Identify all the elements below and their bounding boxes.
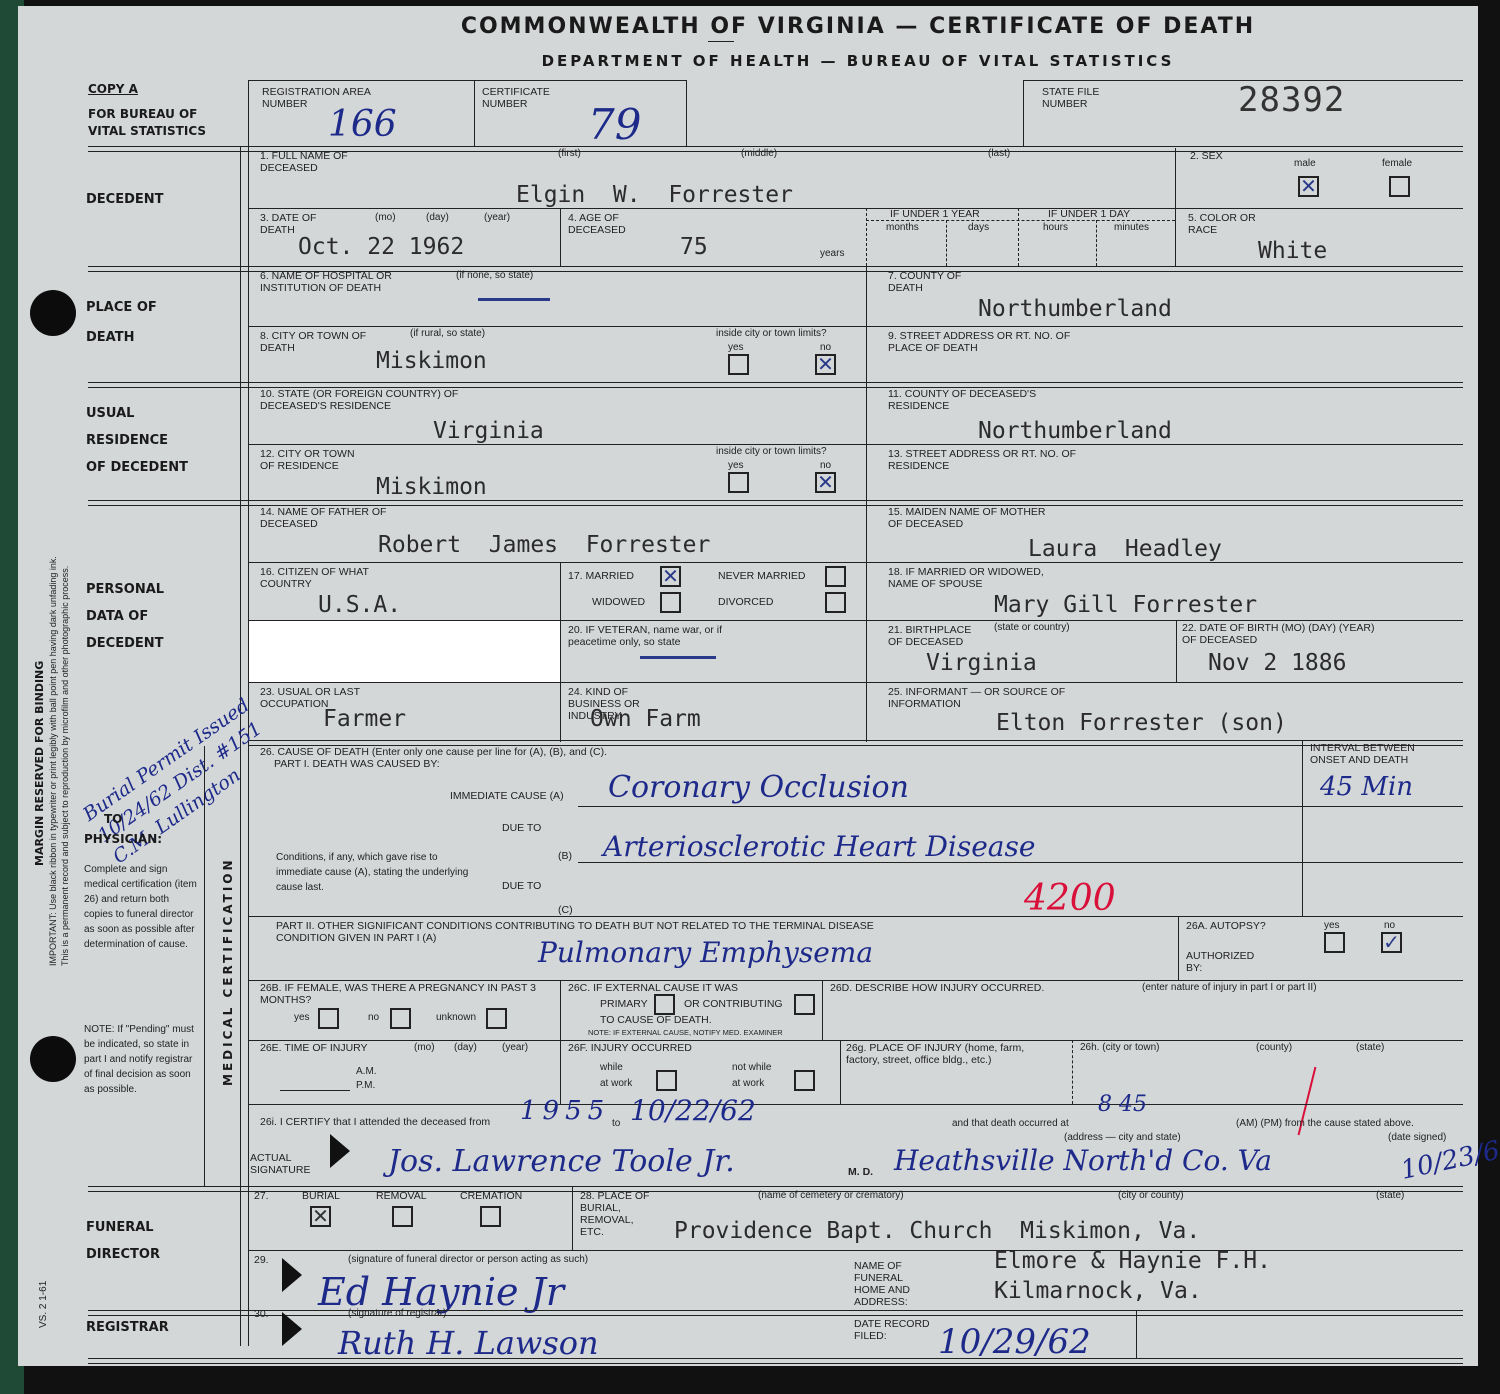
yes-label: yes [728, 342, 744, 353]
burial-checkbox[interactable]: ✕ [310, 1206, 331, 1227]
age-label: 4. AGE OF DECEASED [568, 212, 678, 236]
county-of-death-label: 7. COUNTY OF DEATH [888, 270, 988, 294]
never-married-label: NEVER MARRIED [718, 570, 806, 582]
section-usual-residence-3: OF DECEDENT [86, 454, 188, 481]
signature-arrow-icon [330, 1134, 350, 1168]
business-value[interactable]: Own Farm [590, 706, 701, 732]
race-value[interactable]: White [1258, 238, 1327, 264]
birthplace-value[interactable]: Virginia [926, 650, 1037, 676]
sex-male-label: male [1294, 158, 1316, 169]
conditions-note: Conditions, if any, which gave rise to i… [276, 850, 476, 895]
section-usual-residence: USUAL [86, 400, 134, 427]
autopsy-no-checkbox[interactable]: ✓ [1381, 932, 1402, 953]
inside-limits-label-2: inside city or town limits? [716, 446, 827, 457]
age-value[interactable]: 75 [680, 234, 708, 260]
pregnancy-no-checkbox[interactable] [390, 1008, 411, 1029]
autopsy-label: 26a. AUTOPSY? [1186, 920, 1266, 932]
street-residence-label: 13. STREET ADDRESS OR RT. NO. OF RESIDEN… [888, 448, 1088, 472]
middle-hint: (middle) [741, 148, 777, 159]
address-hint: (address — city and state) [1064, 1132, 1181, 1143]
registration-value: 166 [328, 104, 397, 145]
rule [248, 1250, 1463, 1251]
removal-label: REMOVAL [376, 1190, 427, 1202]
primary-checkbox[interactable] [654, 994, 675, 1015]
rule [248, 916, 1463, 917]
registrar-signature-hint: (signature of registrar) [348, 1308, 446, 1319]
birth-date-value[interactable]: Nov 2 1886 [1208, 650, 1346, 676]
cremation-checkbox[interactable] [480, 1206, 501, 1227]
death-certificate: COMMONWEALTH OF VIRGINIA — CERTIFICATE O… [18, 6, 1478, 1366]
rule [866, 208, 867, 266]
autopsy-authorized-label: AUTHORIZED BY: [1186, 950, 1246, 974]
rule [1018, 208, 1019, 266]
margin-important-1: IMPORTANT: Use black ribbon in typewrite… [48, 556, 58, 966]
pregnancy-unknown-label: unknown [436, 1012, 476, 1023]
rule [840, 1040, 841, 1104]
first-hint: (first) [558, 148, 581, 159]
spouse-label: 18. IF MARRIED OR WIDOWED, NAME OF SPOUS… [888, 566, 1068, 590]
title-mark [708, 41, 734, 42]
state-residence-value[interactable]: Virginia [433, 418, 544, 444]
rule [686, 80, 687, 146]
father-value[interactable]: Robert James Forrester [378, 532, 710, 558]
margin-important-2: This is a permanent record and subject t… [60, 566, 70, 966]
rule [248, 980, 1463, 981]
widowed-checkbox[interactable] [660, 592, 681, 613]
sex-female-checkbox[interactable] [1389, 176, 1410, 197]
year-hint: (year) [484, 212, 510, 223]
field-27-number: 27. [254, 1190, 269, 1202]
state-country-hint: (state or country) [994, 622, 1070, 633]
rural-hint: (if rural, so state) [410, 328, 485, 339]
field-1-label: 1. FULL NAME OF DECEASED [260, 150, 380, 174]
rule [560, 562, 561, 742]
funeral-home-line1[interactable]: Elmore & Haynie F.H. [994, 1248, 1271, 1274]
rule [578, 806, 1303, 807]
certify-label: 26i. I CERTIFY that I attended the decea… [260, 1116, 490, 1128]
section-place-of-death: PLACE OF [86, 294, 157, 321]
rule [248, 80, 249, 146]
physician-label: PHYSICIAN: [84, 826, 162, 853]
pregnancy-unknown-checkbox[interactable] [486, 1008, 507, 1029]
hospital-hint: (if none, so state) [456, 270, 533, 281]
certificate-number-value: 79 [588, 100, 641, 149]
rule [1072, 1040, 1073, 1104]
city-county-hint: (city or county) [1118, 1190, 1184, 1201]
occupation-value[interactable]: Farmer [323, 706, 406, 732]
rule [248, 326, 1463, 327]
immediate-cause-label: IMMEDIATE CAUSE (A) [450, 790, 564, 802]
pregnancy-no-label: no [368, 1012, 379, 1023]
at-work-label: at work [600, 1078, 632, 1089]
spouse-value[interactable]: Mary Gill Forrester [994, 592, 1257, 618]
state-file-value: 28392 [1238, 80, 1345, 120]
physician-instructions: Complete and sign medical certification … [84, 862, 199, 952]
certificate-subtitle: DEPARTMENT OF HEALTH — BUREAU OF VITAL S… [458, 52, 1258, 70]
time-of-injury-label: 26e. TIME OF INJURY [260, 1042, 368, 1054]
while-label: while [600, 1062, 623, 1073]
yes-label-2: yes [728, 460, 744, 471]
section-usual-residence-2: RESIDENCE [86, 427, 168, 454]
rule [1023, 80, 1024, 146]
rule [1178, 916, 1179, 980]
copy-a-label: COPY A [88, 82, 138, 96]
rule [1302, 806, 1463, 807]
section-funeral: FUNERAL [86, 1214, 154, 1241]
last-hint: (last) [988, 148, 1010, 159]
margin-reserved-label: MARGIN RESERVED FOR BINDING [34, 661, 46, 866]
date-filed-label: DATE RECORD FILED: [854, 1318, 934, 1342]
not-while-at-work-checkbox[interactable] [794, 1070, 815, 1091]
section-funeral-2: DIRECTOR [86, 1241, 160, 1268]
days-label: days [968, 222, 989, 233]
injury-mo-hint: (mo) [414, 1042, 435, 1053]
section-place-of-death-2: DEATH [86, 324, 134, 351]
date-of-death-label: 3. DATE OF DEATH [260, 212, 340, 236]
mother-label: 15. MAIDEN NAME OF MOTHER OF DECEASED [888, 506, 1058, 530]
mo-hint: (mo) [375, 212, 396, 223]
city-of-death-value[interactable]: Miskimon [376, 348, 487, 374]
informant-label: 25. INFORMANT — OR SOURCE OF INFORMATION [888, 686, 1078, 710]
residence-inside-limits-no-checkbox[interactable]: ✕ [815, 472, 836, 493]
months-label: months [886, 222, 919, 233]
c-label: (C) [558, 904, 573, 916]
form-number: VS. 2 1-61 [38, 1281, 49, 1328]
signature-arrow-icon [282, 1312, 302, 1346]
copy-vital-label: VITAL STATISTICS [88, 123, 206, 140]
date-of-death-value[interactable]: Oct. 22 1962 [298, 234, 464, 260]
md-label: M. D. [848, 1166, 873, 1178]
state-hint: (state) [1376, 1190, 1404, 1201]
state-file-label: STATE FILE NUMBER [1042, 86, 1132, 110]
registrar-signature[interactable]: Ruth H. Lawson [338, 1324, 599, 1362]
rule [248, 444, 1463, 445]
inside-limits-label: inside city or town limits? [716, 328, 827, 339]
county-residence-value[interactable]: Northumberland [978, 418, 1172, 444]
autopsy-yes-checkbox[interactable] [1324, 932, 1345, 953]
am-label: A.M. [356, 1066, 377, 1077]
removal-checkbox[interactable] [392, 1206, 413, 1227]
autopsy-yes-label: yes [1324, 920, 1340, 931]
divorced-label: DIVORCED [718, 596, 773, 608]
section-personal-data-3: DECEDENT [86, 630, 164, 657]
citizen-value[interactable]: U.S.A. [318, 592, 401, 618]
mother-value[interactable]: Laura Headley [1028, 536, 1222, 562]
rule [474, 80, 475, 146]
rule [1096, 220, 1097, 266]
injury-description-hint: (enter nature of injury in part I or par… [1142, 982, 1317, 993]
sex-label: 2. SEX [1190, 150, 1223, 162]
part1-label: PART I. DEATH WAS CAUSED BY: [274, 758, 440, 770]
attended-to-value[interactable]: 10/22/62 [630, 1094, 756, 1127]
field-29-number: 29. [254, 1254, 269, 1266]
copy-for-label: FOR BUREAU OF [88, 106, 197, 123]
place-of-burial-label: 28. PLACE OF BURIAL, REMOVAL, ETC. [580, 1190, 660, 1238]
check-x-icon: ✕ [312, 1204, 329, 1228]
widowed-label: WIDOWED [592, 596, 645, 608]
redacted-field-19 [249, 621, 560, 682]
check-mark-icon: ✓ [1383, 930, 1400, 954]
funeral-director-signature-hint: (signature of funeral director or person… [348, 1254, 588, 1265]
rule [88, 1358, 1463, 1364]
day-hint: (day) [426, 212, 449, 223]
death-occurred-label: and that death occurred at [952, 1118, 1069, 1129]
pregnancy-yes-checkbox[interactable] [318, 1008, 339, 1029]
to-label-cert: to [612, 1118, 620, 1129]
rule [560, 980, 561, 1040]
not-while-label: not while [732, 1062, 771, 1073]
rule [1302, 740, 1303, 916]
married-label: 17. MARRIED [568, 570, 634, 582]
due-to-label-2: DUE TO [502, 880, 541, 892]
injury-county-label: (county) [1256, 1042, 1292, 1053]
interval-label: INTERVAL BETWEEN ONSET AND DEATH [1310, 742, 1430, 766]
injury-state-label: (state) [1356, 1042, 1384, 1053]
certificate-number-label: CERTIFICATE NUMBER [482, 86, 572, 110]
rule [248, 562, 1463, 563]
married-checkbox[interactable]: ✕ [660, 566, 681, 587]
full-name-value[interactable]: Elgin W. Forrester [516, 182, 793, 208]
actual-signature-label: ACTUAL SIGNATURE [250, 1152, 310, 1176]
rule [560, 208, 561, 266]
minutes-label: minutes [1114, 222, 1149, 233]
to-cause-label: TO CAUSE OF DEATH. [600, 1014, 712, 1026]
check-x-icon: ✕ [1300, 174, 1317, 198]
funeral-home-label: NAME OF FUNERAL HOME AND ADDRESS: [854, 1260, 934, 1308]
birthplace-label: 21. BIRTHPLACE OF DECEASED [888, 624, 988, 648]
primary-label: PRIMARY [600, 998, 648, 1010]
cause-code: 4200 [1024, 878, 1116, 919]
county-residence-label: 11. COUNTY OF DECEASED'S RESIDENCE [888, 388, 1068, 412]
rule [1302, 862, 1463, 863]
rule [1175, 148, 1176, 266]
rule [572, 1186, 573, 1250]
injury-occurred-label: 26f. INJURY OCCURRED [568, 1042, 692, 1054]
underlying-cause-b-value[interactable]: Arteriosclerotic Heart Disease [603, 830, 1035, 863]
rule [578, 862, 1303, 863]
check-x-icon: ✕ [817, 352, 834, 376]
rule [1136, 1310, 1137, 1358]
divorced-checkbox[interactable] [825, 592, 846, 613]
veteran-value-dash [640, 656, 716, 659]
race-label: 5. COLOR OR RACE [1188, 212, 1258, 236]
street-of-death-label: 9. STREET ADDRESS OR RT. NO. OF PLACE OF… [888, 330, 1088, 354]
section-personal-data-2: DATA OF [86, 603, 148, 630]
section-decedent: DECEDENT [86, 186, 164, 213]
injury-year-hint: (year) [502, 1042, 528, 1053]
external-cause-note: NOTE: IF EXTERNAL CAUSE, NOTIFY MED. EXA… [588, 1028, 783, 1037]
veteran-label: 20. IF VETERAN, name war, or if peacetim… [568, 624, 748, 648]
city-residence-value[interactable]: Miskimon [376, 474, 487, 500]
rule [1175, 208, 1463, 209]
city-residence-label: 12. CITY OR TOWN OF RESIDENCE [260, 448, 370, 472]
am-pm-label: (AM) (PM) from the cause stated above. [1236, 1118, 1414, 1129]
place-of-injury-label: 26g. PLACE OF INJURY (home, farm, factor… [846, 1042, 1046, 1066]
cremation-label: CREMATION [460, 1190, 522, 1202]
death-inside-limits-yes-checkbox[interactable] [728, 354, 749, 375]
injury-day-hint: (day) [454, 1042, 477, 1053]
rule [204, 746, 205, 1186]
rule [822, 980, 823, 1040]
pm-label: P.M. [356, 1080, 375, 1091]
death-time-value[interactable]: 8 45 [1098, 1092, 1147, 1117]
time-of-injury-input[interactable] [280, 1090, 350, 1091]
medical-certification-label: MEDICAL CERTIFICATION [215, 857, 242, 1086]
section-personal-data: PERSONAL [86, 576, 164, 603]
rule [248, 1104, 1463, 1105]
state-residence-label: 10. STATE (OR FOREIGN COUNTRY) OF DECEAS… [260, 388, 520, 412]
binder-hole [30, 1036, 76, 1082]
part2-value[interactable]: Pulmonary Emphysema [538, 936, 873, 969]
years-label: years [820, 248, 844, 259]
cemetery-hint: (name of cemetery or crematory) [758, 1190, 904, 1201]
under-year-label: IF UNDER 1 YEAR [890, 208, 980, 220]
check-x-icon: ✕ [662, 564, 679, 588]
contributing-checkbox[interactable] [794, 994, 815, 1015]
hospital-value-dash [478, 298, 550, 301]
certificate-title: COMMONWEALTH OF VIRGINIA — CERTIFICATE O… [418, 14, 1298, 39]
due-to-label-1: DUE TO [502, 822, 541, 834]
injury-description-label: 26d. DESCRIBE HOW INJURY OCCURRED. [830, 982, 1044, 994]
rule [1176, 620, 1177, 682]
place-of-burial-value[interactable]: Providence Bapt. Church Miskimon, Va. [674, 1218, 1200, 1244]
city-of-death-label: 8. CITY OR TOWN OF DEATH [260, 330, 370, 354]
father-label: 14. NAME OF FATHER OF DECEASED [260, 506, 390, 530]
interval-value[interactable]: 45 Min [1320, 772, 1413, 802]
section-registrar: REGISTRAR [86, 1314, 169, 1341]
at-work-label-2: at work [732, 1078, 764, 1089]
date-filed-value[interactable]: 10/29/62 [938, 1322, 1091, 1362]
contributing-label: or CONTRIBUTING [684, 998, 783, 1010]
residence-inside-limits-yes-checkbox[interactable] [728, 472, 749, 493]
informant-value[interactable]: Elton Forrester (son) [996, 710, 1287, 736]
rule [248, 1040, 1463, 1041]
citizen-label: 16. CITIZEN OF WHAT COUNTRY [260, 566, 370, 590]
attended-from-value[interactable]: 1955 [520, 1096, 610, 1126]
b-label: (B) [558, 850, 572, 862]
under-day-label: IF UNDER 1 DAY [1048, 208, 1130, 220]
pregnancy-yes-label: yes [294, 1012, 310, 1023]
physician-signature[interactable]: Jos. Lawrence Toole Jr. [388, 1144, 735, 1179]
binder-hole [30, 290, 76, 336]
rule [248, 80, 686, 81]
county-of-death-value[interactable]: Northumberland [978, 296, 1172, 322]
immediate-cause-value[interactable]: Coronary Occlusion [608, 770, 909, 805]
pregnancy-label: 26b. IF FEMALE, WAS THERE A PREGNANCY IN… [260, 982, 550, 1006]
external-cause-label: 26c. IF EXTERNAL CAUSE IT WAS [568, 982, 738, 994]
check-x-icon: ✕ [817, 470, 834, 494]
field-30-number: 30. [254, 1308, 269, 1320]
rule [560, 1040, 561, 1104]
sex-female-label: female [1382, 158, 1412, 169]
hospital-label: 6. NAME OF HOSPITAL OR INSTITUTION OF DE… [260, 270, 420, 294]
funeral-home-line2[interactable]: Kilmarnock, Va. [994, 1278, 1202, 1304]
pending-note: NOTE: If "Pending" must be indicated, so… [84, 1022, 194, 1097]
rule [946, 220, 947, 266]
cause-of-death-label: 26. CAUSE OF DEATH (Enter only one cause… [260, 746, 607, 758]
date-signed-hint: (date signed) [1388, 1132, 1446, 1143]
injury-city-label: 26h. (city or town) [1080, 1042, 1159, 1053]
never-married-checkbox[interactable] [825, 566, 846, 587]
hours-label: hours [1043, 222, 1068, 233]
birth-date-label: 22. DATE OF BIRTH (mo) (day) (year) OF D… [1182, 622, 1382, 646]
while-at-work-checkbox[interactable] [656, 1070, 677, 1091]
physician-address-value[interactable]: Heathsville North'd Co. Va [894, 1144, 1272, 1177]
rule [866, 220, 1175, 221]
signature-arrow-icon [282, 1258, 302, 1292]
rule [248, 682, 1463, 683]
sex-male-checkbox[interactable]: ✕ [1298, 176, 1319, 197]
death-inside-limits-no-checkbox[interactable]: ✕ [815, 354, 836, 375]
burial-label: BURIAL [302, 1190, 340, 1202]
